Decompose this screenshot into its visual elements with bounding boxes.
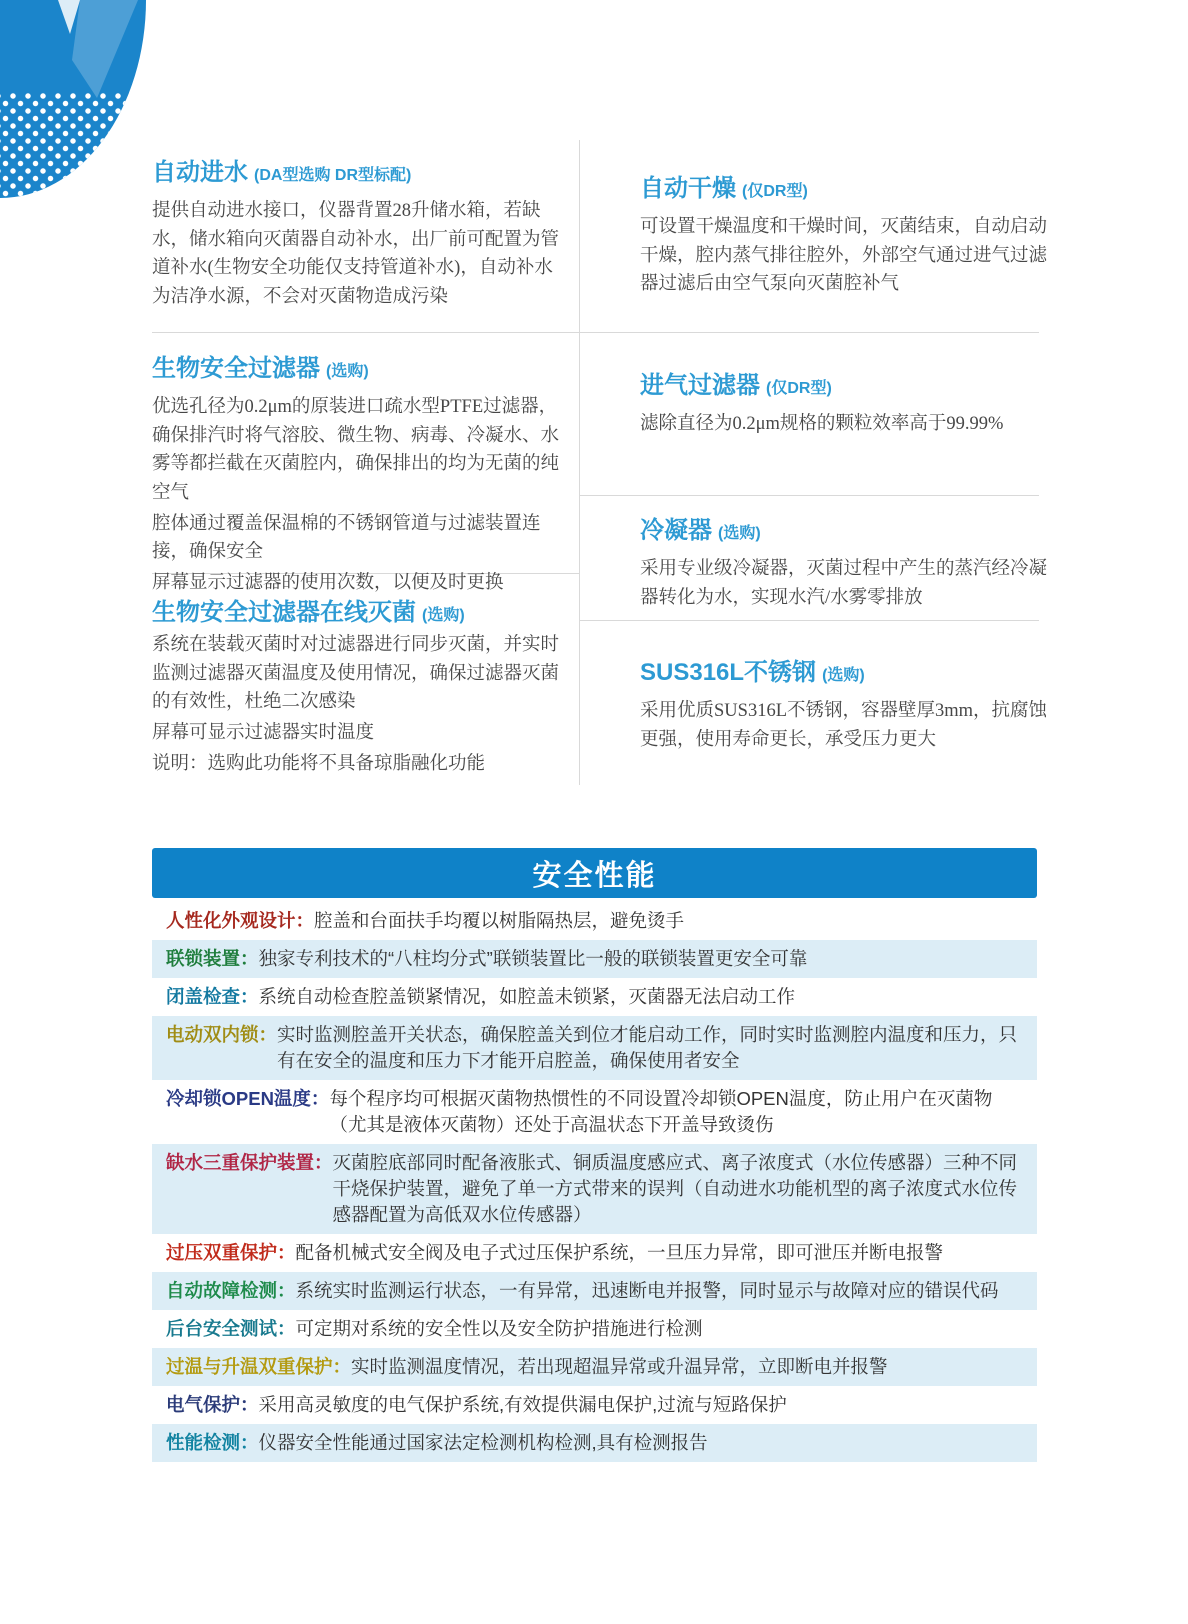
brochure-page: 自动进水(DA型选购 DR型标配) 提供自动进水接口，仪器背置28升储水箱，若缺… xyxy=(0,0,1188,1624)
feature-title-text: 自动进水 xyxy=(152,159,248,186)
feature-title-tag: (选购) xyxy=(822,667,865,684)
safety-row-label: 自动故障检测： xyxy=(166,1278,296,1304)
safety-row-text: 系统自动检查腔盖锁紧情况，如腔盖未锁紧，灭菌器无法启动工作 xyxy=(259,984,1023,1010)
safety-row-text: 实时监测腔盖开关状态，确保腔盖关到位才能启动工作，同时实时监测腔内温度和压力，只… xyxy=(277,1022,1023,1074)
feature-paragraph: 优选孔径为0.2μm的原装进口疏水型PTFE过滤器，确保排汽时将气溶胶、微生物、… xyxy=(152,393,564,508)
column-divider-line xyxy=(579,140,580,785)
safety-row: 过温与升温双重保护： 实时监测温度情况，若出现超温异常或升温异常，立即断电并报警 xyxy=(152,1348,1037,1386)
safety-row-label: 联锁装置： xyxy=(166,946,259,972)
corner-decoration xyxy=(0,0,160,210)
safety-row: 闭盖检查： 系统自动检查腔盖锁紧情况，如腔盖未锁紧，灭菌器无法启动工作 xyxy=(152,978,1037,1016)
safety-row: 过压双重保护： 配备机械式安全阀及电子式过压保护系统，一旦压力异常，即可泄压并断… xyxy=(152,1234,1037,1272)
feature-title-tag: (仅DR型) xyxy=(742,183,808,200)
feature-title-tag: (选购) xyxy=(326,363,369,380)
feature-paragraph: 系统在装载灭菌时对过滤器进行同步灭菌，并实时监测过滤器灭菌温度及使用情况，确保过… xyxy=(152,631,564,717)
safety-row-label: 性能检测： xyxy=(166,1430,259,1456)
feature-title-tag: (选购) xyxy=(422,607,465,624)
feature-title: 冷凝器(选购) xyxy=(640,510,1055,545)
safety-row-label: 闭盖检查： xyxy=(166,984,259,1010)
feature-paragraph: 腔体通过覆盖保温棉的不锈钢管道与过滤装置连接，确保安全 xyxy=(152,510,564,567)
feature-title-text: SUS316L不锈钢 xyxy=(640,659,816,686)
feature-paragraph: 滤除直径为0.2μm规格的颗粒效率高于99.99% xyxy=(640,410,1055,439)
feature-paragraph: 可设置干燥温度和干燥时间，灭菌结束，自动启动干燥，腔内蒸气排往腔外，外部空气通过… xyxy=(640,213,1055,299)
right-divider-2 xyxy=(579,495,1039,496)
safety-row-text: 腔盖和台面扶手均覆以树脂隔热层，避免烫手 xyxy=(314,908,1023,934)
safety-row: 冷却锁OPEN温度： 每个程序均可根据灭菌物热惯性的不同设置冷却锁OPEN温度，… xyxy=(152,1080,1037,1144)
feature-title-text: 生物安全过滤器在线灭菌 xyxy=(152,599,416,626)
safety-row: 电气保护： 采用高灵敏度的电气保护系统,有效提供漏电保护,过流与短路保护 xyxy=(152,1386,1037,1424)
right-divider-3 xyxy=(579,620,1039,621)
feature-sus316l-steel: SUS316L不锈钢(选购) 采用优质SUS316L不锈钢，容器壁厚3mm，抗腐… xyxy=(640,652,1055,756)
safety-row: 缺水三重保护装置： 灭菌腔底部同时配备液胀式、铜质温度感应式、离子浓度式（水位传… xyxy=(152,1144,1037,1234)
safety-row-text: 采用高灵敏度的电气保护系统,有效提供漏电保护,过流与短路保护 xyxy=(259,1392,1023,1418)
safety-section-title: 安全性能 xyxy=(532,853,656,894)
feature-title-text: 进气过滤器 xyxy=(640,372,760,399)
feature-title-text: 冷凝器 xyxy=(640,517,712,544)
safety-row-text: 灭菌腔底部同时配备液胀式、铜质温度感应式、离子浓度式（水位传感器）三种不同干烧保… xyxy=(333,1150,1023,1228)
safety-row-label: 过压双重保护： xyxy=(166,1240,296,1266)
feature-title: 进气过滤器(仅DR型) xyxy=(640,365,1055,400)
feature-condenser: 冷凝器(选购) 采用专业级冷凝器，灭菌过程中产生的蒸汽经冷凝器转化为水，实现水汽… xyxy=(640,510,1055,614)
feature-title: 自动进水(DA型选购 DR型标配) xyxy=(152,152,564,187)
safety-row: 后台安全测试： 可定期对系统的安全性以及安全防护措施进行检测 xyxy=(152,1310,1037,1348)
feature-title-text: 自动干燥 xyxy=(640,175,736,202)
feature-biosafety-filter: 生物安全过滤器(选购) 优选孔径为0.2μm的原装进口疏水型PTFE过滤器，确保… xyxy=(152,348,564,600)
feature-title-tag: (选购) xyxy=(718,525,761,542)
safety-section-header: 安全性能 xyxy=(152,848,1037,898)
safety-row: 联锁装置： 独家专利技术的“八柱均分式”联锁装置比一般的联锁装置更安全可靠 xyxy=(152,940,1037,978)
safety-row-label: 人性化外观设计： xyxy=(166,908,314,934)
feature-title: SUS316L不锈钢(选购) xyxy=(640,652,1055,687)
feature-paragraph: 采用专业级冷凝器，灭菌过程中产生的蒸汽经冷凝器转化为水，实现水汽/水雾零排放 xyxy=(640,555,1055,612)
safety-row-text: 实时监测温度情况，若出现超温异常或升温异常，立即断电并报警 xyxy=(351,1354,1023,1380)
decoration-dots-pattern xyxy=(0,92,144,212)
feature-title-tag: (仅DR型) xyxy=(766,380,832,397)
safety-row-label: 电气保护： xyxy=(166,1392,259,1418)
safety-row-text: 每个程序均可根据灭菌物热惯性的不同设置冷却锁OPEN温度，防止用户在灭菌物（尤其… xyxy=(329,1086,1023,1138)
safety-row-label: 电动双内锁： xyxy=(166,1022,277,1048)
feature-title: 生物安全过滤器(选购) xyxy=(152,348,564,383)
safety-row-text: 可定期对系统的安全性以及安全防护措施进行检测 xyxy=(296,1316,1023,1342)
safety-row-label: 过温与升温双重保护： xyxy=(166,1354,351,1380)
safety-row-text: 配备机械式安全阀及电子式过压保护系统，一旦压力异常，即可泄压并断电报警 xyxy=(296,1240,1023,1266)
safety-row-label: 冷却锁OPEN温度： xyxy=(166,1086,329,1112)
feature-title-tag: (DA型选购 DR型标配) xyxy=(254,167,411,184)
feature-paragraph: 采用优质SUS316L不锈钢，容器壁厚3mm，抗腐蚀更强，使用寿命更长，承受压力… xyxy=(640,697,1055,754)
safety-row: 自动故障检测： 系统实时监测运行状态，一有异常，迅速断电并报警，同时显示与故障对… xyxy=(152,1272,1037,1310)
feature-paragraph: 提供自动进水接口，仪器背置28升储水箱，若缺水，储水箱向灭菌器自动补水，出厂前可… xyxy=(152,197,564,312)
safety-row-label: 缺水三重保护装置： xyxy=(166,1150,333,1176)
safety-row: 电动双内锁： 实时监测腔盖开关状态，确保腔盖关到位才能启动工作，同时实时监测腔内… xyxy=(152,1016,1037,1080)
feature-paragraph: 说明：选购此功能将不具备琼脂融化功能 xyxy=(152,750,564,779)
left-divider-1 xyxy=(152,332,579,333)
safety-rows-list: 人性化外观设计： 腔盖和台面扶手均覆以树脂隔热层，避免烫手 联锁装置： 独家专利… xyxy=(152,902,1037,1462)
right-divider-1 xyxy=(579,332,1039,333)
feature-auto-drying: 自动干燥(仅DR型) 可设置干燥温度和干燥时间，灭菌结束，自动启动干燥，腔内蒸气… xyxy=(640,168,1055,301)
safety-row-label: 后台安全测试： xyxy=(166,1316,296,1342)
safety-row-text: 系统实时监测运行状态，一有异常，迅速断电并报警，同时显示与故障对应的错误代码 xyxy=(296,1278,1023,1304)
feature-paragraph: 屏幕可显示过滤器实时温度 xyxy=(152,719,564,748)
feature-air-intake-filter: 进气过滤器(仅DR型) 滤除直径为0.2μm规格的颗粒效率高于99.99% xyxy=(640,365,1055,441)
feature-title: 自动干燥(仅DR型) xyxy=(640,168,1055,203)
feature-title: 生物安全过滤器在线灭菌(选购) xyxy=(152,592,564,627)
feature-title-text: 生物安全过滤器 xyxy=(152,355,320,382)
safety-row: 性能检测： 仪器安全性能通过国家法定检测机构检测,具有检测报告 xyxy=(152,1424,1037,1462)
feature-auto-water-inlet: 自动进水(DA型选购 DR型标配) 提供自动进水接口，仪器背置28升储水箱，若缺… xyxy=(152,152,564,314)
safety-row: 人性化外观设计： 腔盖和台面扶手均覆以树脂隔热层，避免烫手 xyxy=(152,902,1037,940)
safety-row-text: 独家专利技术的“八柱均分式”联锁装置比一般的联锁装置更安全可靠 xyxy=(259,946,1023,972)
feature-filter-online-sterilization: 生物安全过滤器在线灭菌(选购) 系统在装载灭菌时对过滤器进行同步灭菌，并实时监测… xyxy=(152,592,564,780)
safety-row-text: 仪器安全性能通过国家法定检测机构检测,具有检测报告 xyxy=(259,1430,1023,1456)
